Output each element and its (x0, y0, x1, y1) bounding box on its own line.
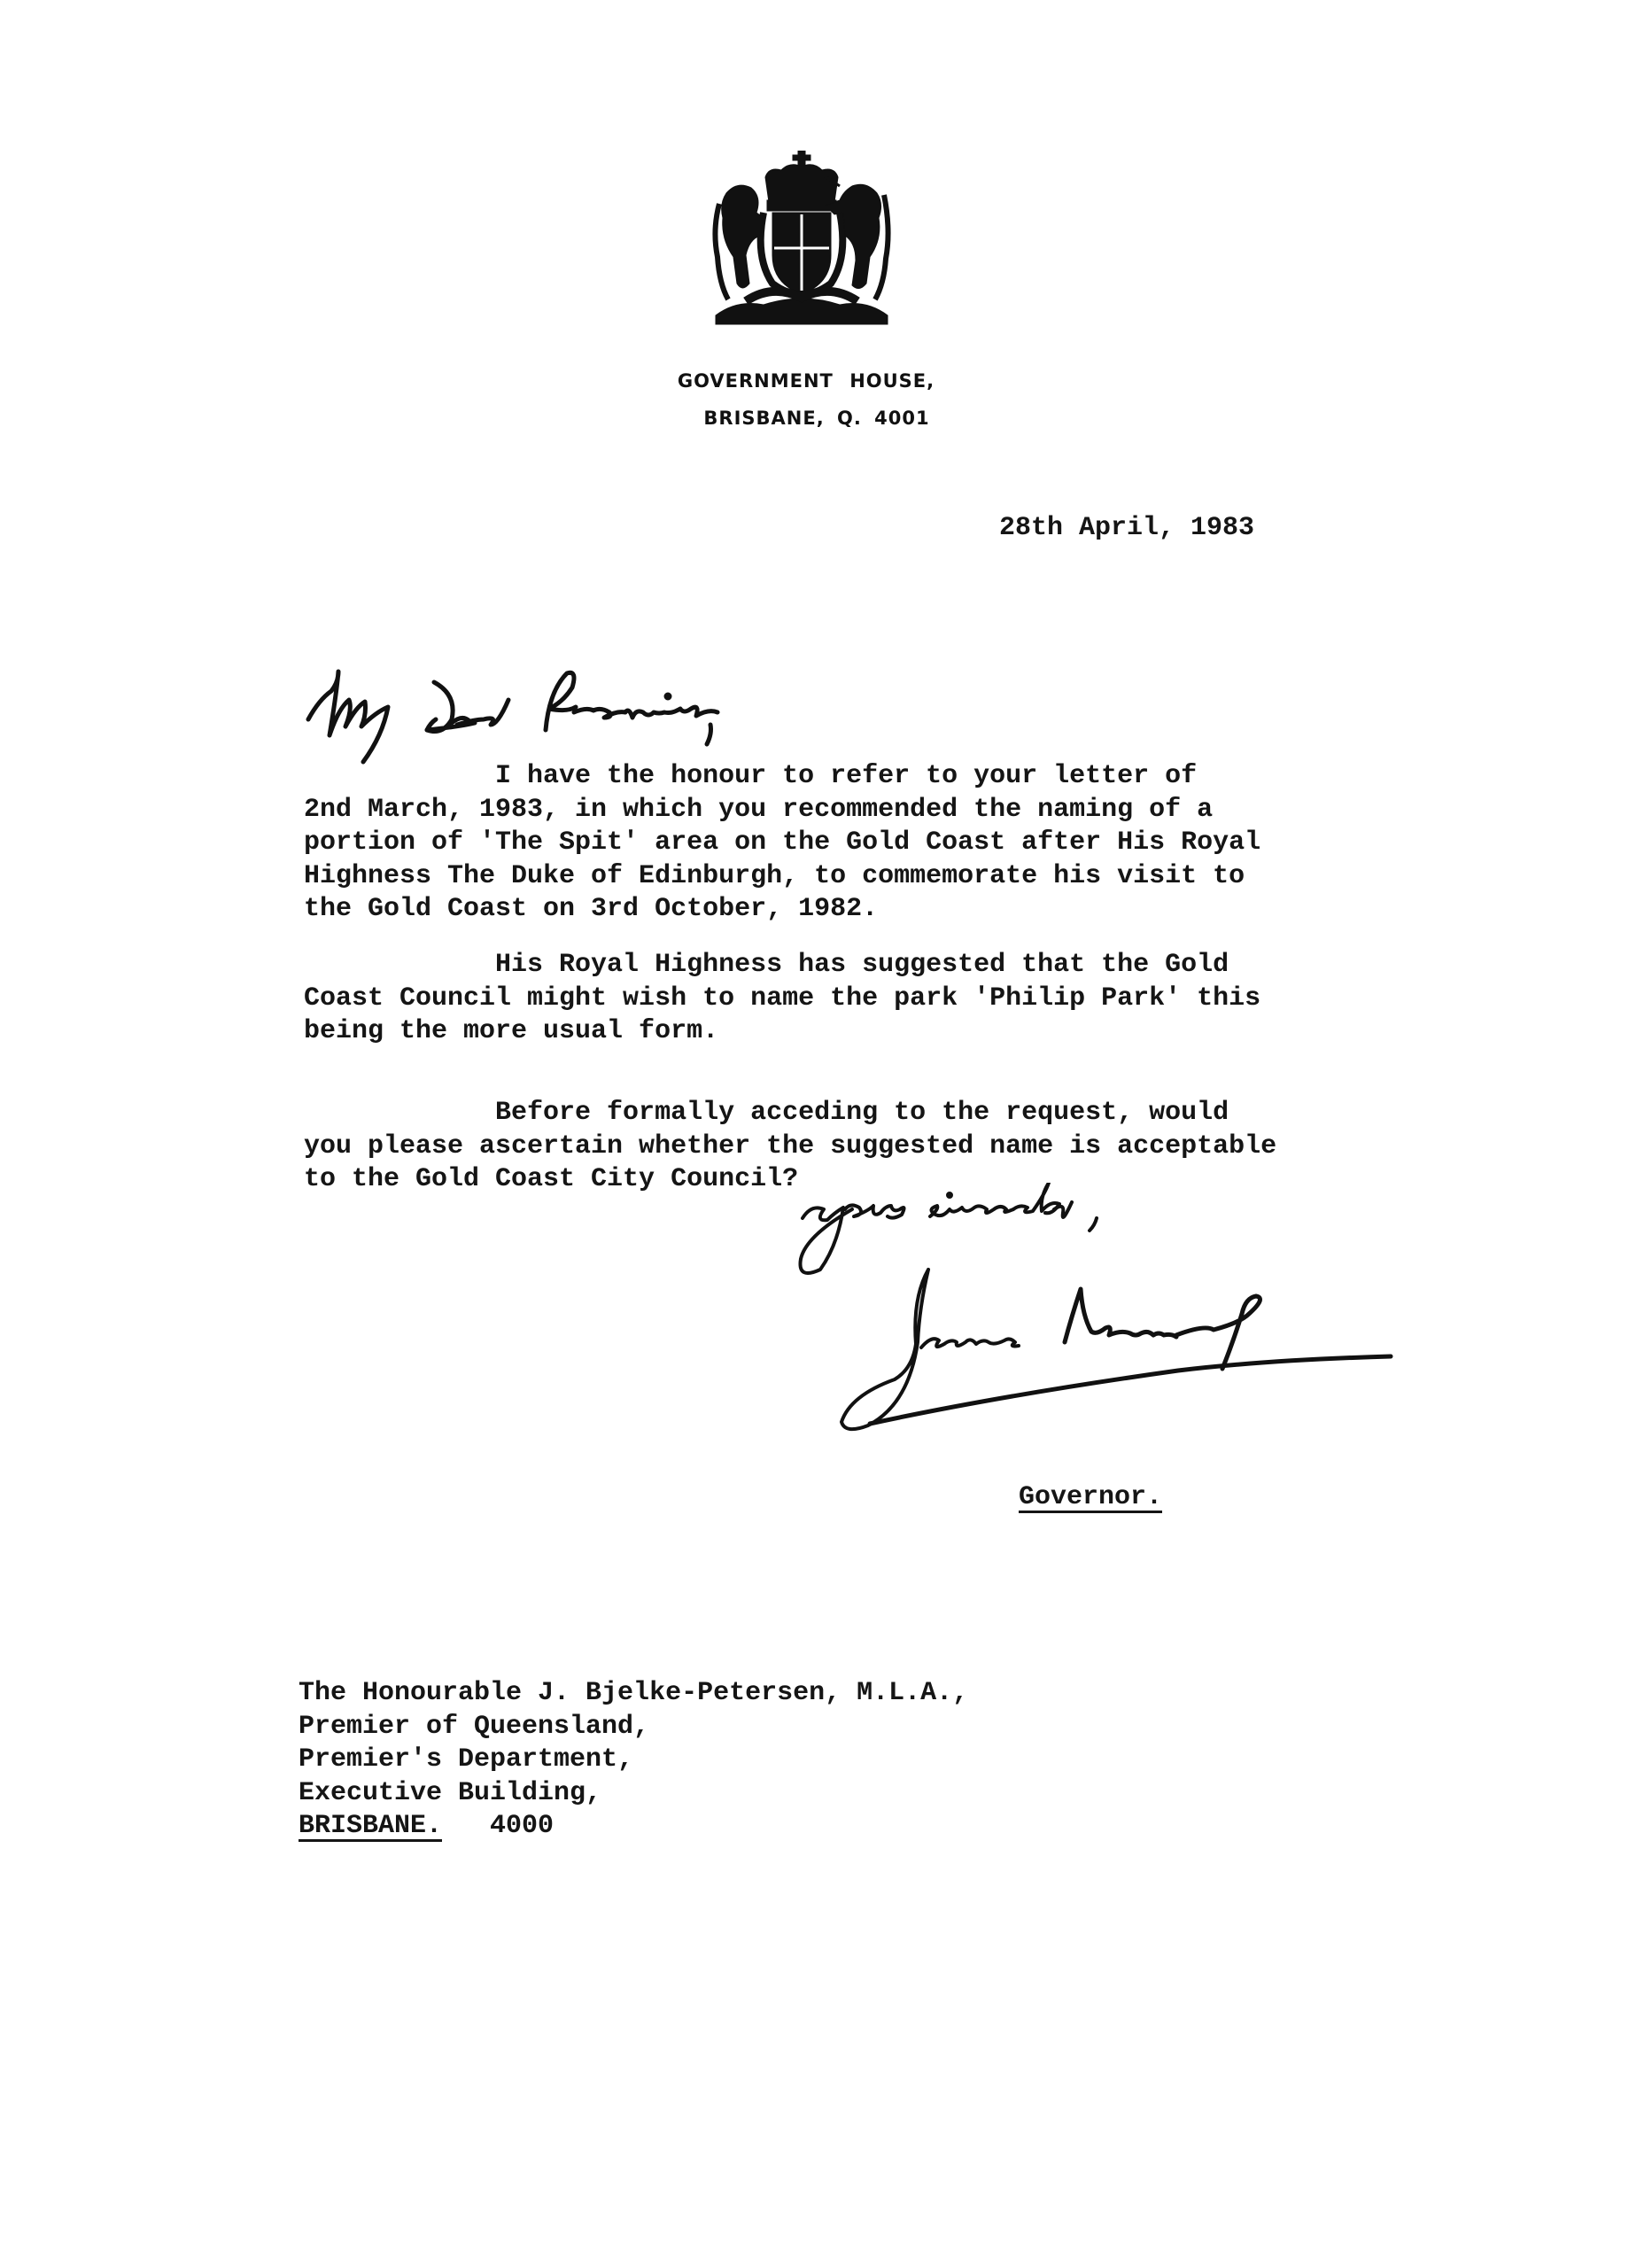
recipient-city: BRISBANE. (299, 1813, 442, 1842)
recipient-line-4: Executive Building, (299, 1777, 968, 1811)
letterhead-address: BRISBANE, Q. 4001 (631, 409, 1003, 428)
handwritten-signature: James Ramsay (824, 1262, 1462, 1440)
signatory-role-text: Governor. (1019, 1484, 1162, 1513)
body-paragraph-1: I have the honour to refer to your lette… (304, 760, 1260, 927)
letterhead-title: GOVERNMENT HOUSE, (620, 372, 992, 391)
recipient-postcode: 4000 (490, 1811, 554, 1841)
signatory-role: Governor. (1019, 1481, 1162, 1515)
royal-coat-of-arms-icon (710, 151, 893, 326)
body-paragraph-2: His Royal Highness has suggested that th… (304, 949, 1260, 1049)
recipient-line-3: Premier's Department, (299, 1744, 968, 1777)
body-paragraph-3: Before formally acceding to the request,… (304, 1097, 1276, 1197)
letter-page: GOVERNMENT HOUSE, BRISBANE, Q. 4001 28th… (0, 0, 1652, 2268)
handwritten-salutation: My Dear Premier, (301, 638, 797, 771)
letter-date: 28th April, 1983 (999, 512, 1254, 546)
recipient-address: The Honourable J. Bjelke-Petersen, M.L.A… (299, 1677, 968, 1844)
recipient-line-2: Premier of Queensland, (299, 1711, 968, 1744)
recipient-line-1: The Honourable J. Bjelke-Petersen, M.L.A… (299, 1677, 968, 1711)
recipient-city-line: BRISBANE. 4000 (299, 1810, 968, 1844)
